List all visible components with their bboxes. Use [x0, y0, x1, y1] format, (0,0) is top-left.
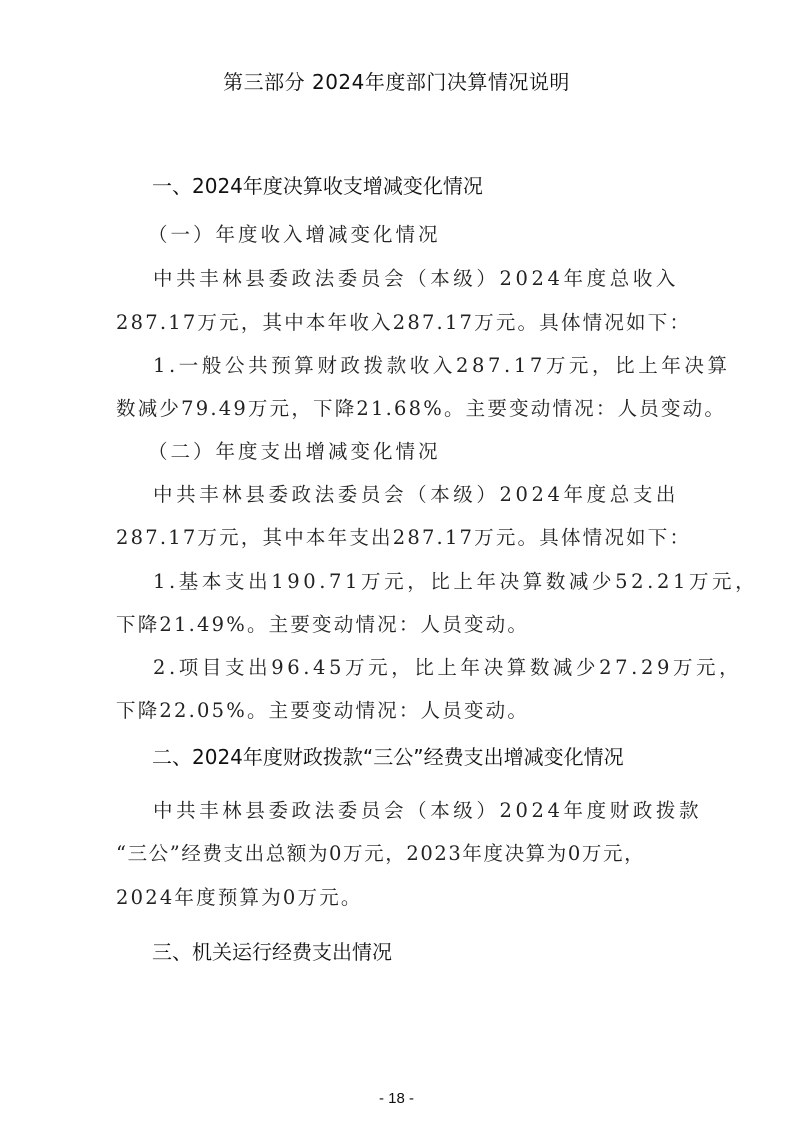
paragraph-line: 1.基本支出190.71万元，比上年决算数减少52.21万元，	[153, 566, 758, 594]
paragraph-line: “三公”经费支出总额为0万元，2023年度决算为0万元，	[116, 838, 645, 866]
paragraph-line: 下降21.49%。主要变动情况：人员变动。	[116, 609, 529, 637]
section-3-heading: 三、机关运行经费支出情况	[152, 936, 392, 965]
page-number: - 18 -	[0, 1090, 793, 1107]
paragraph-line: 287.17万元，其中本年支出287.17万元。具体情况如下：	[116, 522, 691, 550]
section-2-heading: 二、2024年度财政拨款“三公”经费支出增减变化情况	[152, 741, 624, 770]
section-1-heading: 一、2024年度决算收支增减变化情况	[152, 170, 483, 199]
paragraph-line: 中共丰林县委政法委员会（本级）2024年度总支出	[153, 479, 679, 507]
page-title: 第三部分 2024年度部门决算情况说明	[0, 66, 793, 95]
paragraph-line: 2024年度预算为0万元。	[116, 882, 363, 910]
paragraph-line: 中共丰林县委政法委员会（本级）2024年度财政拨款	[153, 795, 702, 823]
subsection-1-2-heading: （二）年度支出增减变化情况	[148, 436, 441, 464]
document-page: 第三部分 2024年度部门决算情况说明 一、2024年度决算收支增减变化情况 （…	[0, 0, 793, 1122]
paragraph-line: 数减少79.49万元，下降21.68%。主要变动情况：人员变动。	[116, 393, 726, 421]
paragraph-line: 1.一般公共预算财政拨款收入287.17万元，比上年决算	[153, 350, 731, 378]
paragraph-line: 2.项目支出96.45万元，比上年决算数减少27.29万元，	[153, 652, 742, 680]
paragraph-line: 中共丰林县委政法委员会（本级）2024年度总收入	[153, 263, 679, 291]
subsection-1-1-heading: （一）年度收入增减变化情况	[148, 219, 441, 247]
paragraph-line: 287.17万元，其中本年收入287.17万元。具体情况如下：	[116, 307, 691, 335]
paragraph-line: 下降22.05%。主要变动情况：人员变动。	[116, 695, 529, 723]
